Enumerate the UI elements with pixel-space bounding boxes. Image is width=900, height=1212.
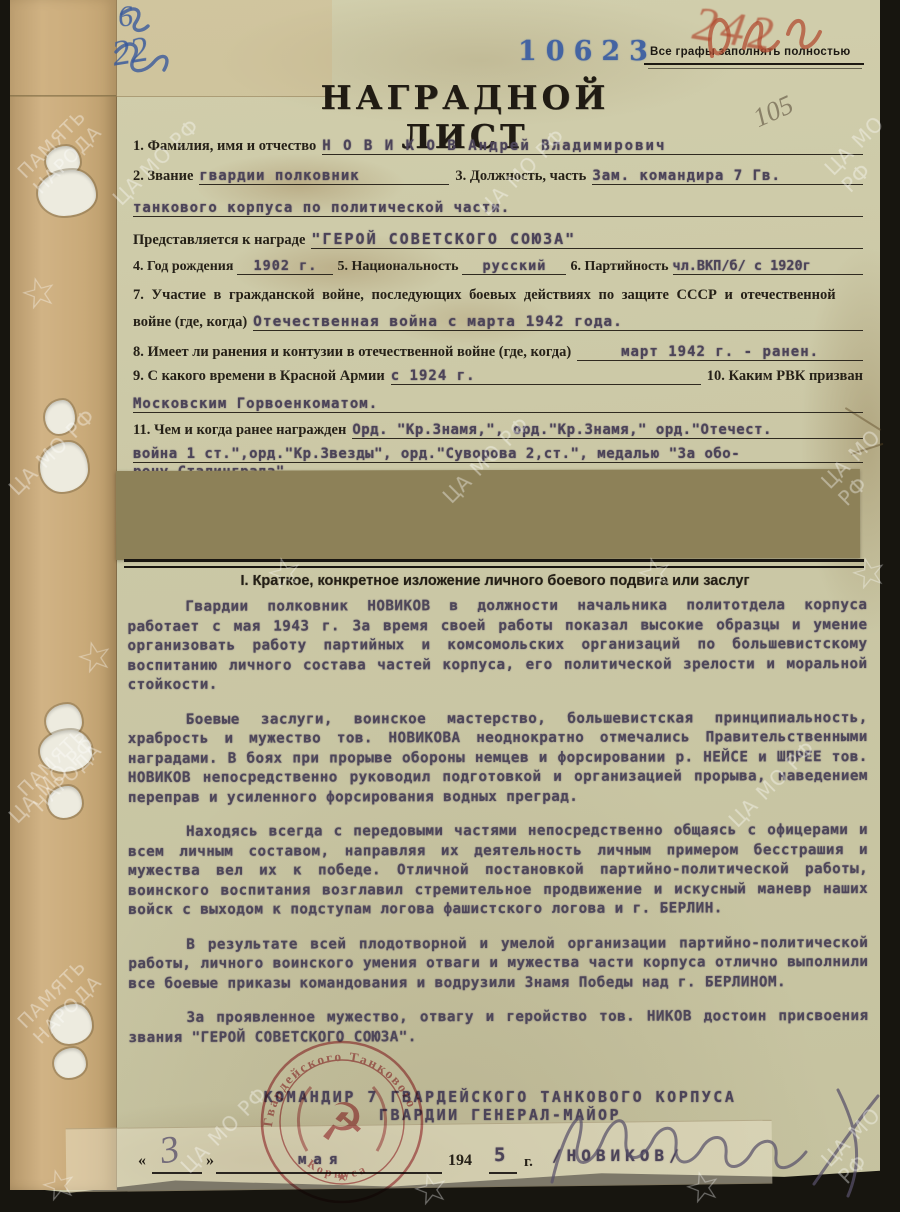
field-4-label: 4. Год рождения bbox=[133, 259, 233, 275]
field-7-row-1: 7. Участие в гражданской войне, последую… bbox=[133, 287, 863, 304]
field-4-5-6-row: 4. Год рождения 1902 г. 5. Национальност… bbox=[133, 258, 863, 275]
date-year-suffix: г. bbox=[524, 1154, 533, 1171]
binding-hole bbox=[54, 1048, 86, 1078]
blue-ink-mark-2: 22 bbox=[109, 27, 151, 74]
section-divider-rule bbox=[124, 559, 864, 568]
field-9-value: с 1924 г. bbox=[391, 368, 701, 385]
citation-paragraph: Находясь всегда с передовыми частями неп… bbox=[128, 821, 868, 920]
note-underline-2 bbox=[648, 68, 862, 69]
red-seal: Гвардейского Танкового Корпуса ☭ ★ bbox=[255, 1035, 429, 1209]
signature-typed-name: /НОВИКОВ/ bbox=[552, 1146, 684, 1165]
field-11-value-2: война 1 ст.",орд."Кр.Звезды", орд."Сувор… bbox=[133, 446, 863, 463]
signoff-line-2: ГВАРДИИ ГЕНЕРАЛ-МАЙОР bbox=[140, 1106, 860, 1125]
quote-open: « bbox=[138, 1152, 146, 1170]
field-1-label: 1. Фамилия, имя и отчество bbox=[133, 138, 316, 155]
binding-hole bbox=[40, 442, 88, 492]
field-5-value: русский bbox=[462, 258, 566, 275]
scanned-award-document: 10623 Все графы заполнять полностью 242 … bbox=[0, 0, 900, 1212]
date-underline-1 bbox=[152, 1172, 202, 1174]
doc-number-stamp: 10623 bbox=[518, 36, 657, 67]
citation-paragraph: За проявленное мужество, отвагу и геройс… bbox=[128, 1007, 868, 1048]
field-10-label: 10. Каким РВК призван bbox=[707, 368, 863, 385]
date-year-typed: 5 bbox=[494, 1144, 506, 1166]
crease-line bbox=[10, 95, 116, 96]
field-7-value: Отечественная война с марта 1942 года. bbox=[253, 314, 863, 331]
field-3-row-2: танкового корпуса по политической части. bbox=[133, 200, 863, 217]
field-9-label: 9. С какого времени в Красной Армии bbox=[133, 368, 385, 385]
field-4-value: 1902 г. bbox=[237, 258, 333, 275]
binding-hole bbox=[38, 170, 96, 216]
date-year-printed: 194 bbox=[448, 1152, 472, 1170]
field-6-label: 6. Партийность bbox=[570, 259, 668, 275]
binding-hole bbox=[45, 400, 75, 434]
seal-emblem-icon: ☭ bbox=[319, 1093, 366, 1153]
section-1-header: I. Краткое, конкретное изложение личного… bbox=[130, 573, 860, 589]
field-2-value: гвардии полковник bbox=[199, 168, 449, 185]
field-10-value: Московским Горвоенкоматом. bbox=[133, 396, 863, 413]
field-1-value: Н О В И К О В Андрей Владимирович bbox=[322, 138, 863, 155]
present-award-value: "ГЕРОЙ СОВЕТСКОГО СОЮЗА" bbox=[311, 230, 863, 249]
citation-text: Гвардии полковник НОВИКОВ в должности на… bbox=[127, 596, 868, 1063]
citation-paragraph: Гвардии полковник НОВИКОВ в должности на… bbox=[127, 596, 867, 695]
citation-paragraph: В результате всей плодотворной и умелой … bbox=[128, 934, 868, 994]
field-11-value-1: Орд. "Кр.Знамя,", орд."Кр.Знамя," орд."О… bbox=[352, 422, 863, 439]
field-3-value: Зам. командира 7 Гв. bbox=[592, 168, 863, 185]
field-8-row: 8. Имеет ли ранения и контузии в отечест… bbox=[133, 344, 863, 361]
field-5-label: 5. Национальность bbox=[337, 259, 458, 275]
binding-hole bbox=[48, 786, 82, 818]
field-9-10-row: 9. С какого времени в Красной Армии с 19… bbox=[133, 368, 863, 385]
citation-paragraph: Боевые заслуги, воинское мастерство, бол… bbox=[128, 709, 868, 808]
field-10-value-row: Московским Горвоенкоматом. bbox=[133, 396, 863, 413]
seal-star-icon: ★ bbox=[336, 1170, 348, 1185]
field-6-value: чл.ВКП/б/ с 1920г bbox=[673, 258, 863, 275]
field-7-label: 7. Участие в гражданской войне, последую… bbox=[133, 287, 836, 304]
quote-close: » bbox=[206, 1152, 214, 1170]
field-2-label: 2. Звание bbox=[133, 168, 193, 185]
note-underline bbox=[644, 63, 864, 65]
binding-hole bbox=[50, 1004, 92, 1044]
field-7-row-2: войне (где, когда) Отечественная война с… bbox=[133, 314, 863, 331]
field-3-value-2: танкового корпуса по политической части. bbox=[133, 200, 863, 217]
signoff-line-1: КОМАНДИР 7 ГВАРДЕЙСКОГО ТАНКОВОГО КОРПУС… bbox=[140, 1088, 860, 1107]
field-3-label: 3. Должность, часть bbox=[455, 168, 586, 185]
field-8-label: 8. Имеет ли ранения и контузии в отечест… bbox=[133, 344, 571, 361]
field-11-row-2: война 1 ст.",орд."Кр.Звезды", орд."Сувор… bbox=[133, 446, 863, 463]
present-award-label: Представляется к награде bbox=[133, 232, 305, 249]
present-award-row: Представляется к награде "ГЕРОЙ СОВЕТСКО… bbox=[133, 230, 863, 249]
seal-wreath-right bbox=[373, 1087, 386, 1151]
field-7-label-2: войне (где, когда) bbox=[133, 314, 247, 331]
field-1-row: 1. Фамилия, имя и отчество Н О В И К О В… bbox=[133, 138, 863, 155]
binding-hole bbox=[40, 730, 92, 772]
field-11-row-1: 11. Чем и когда ранее награжден Орд. "Кр… bbox=[133, 422, 863, 439]
taped-over-patch bbox=[116, 469, 860, 560]
field-2-3-row: 2. Звание гвардии полковник 3. Должность… bbox=[133, 168, 863, 185]
field-11-label: 11. Чем и когда ранее награжден bbox=[133, 422, 346, 439]
date-underline-3 bbox=[489, 1172, 517, 1174]
seal-wreath-left bbox=[298, 1087, 311, 1151]
field-8-value: март 1942 г. - ранен. bbox=[577, 344, 863, 361]
